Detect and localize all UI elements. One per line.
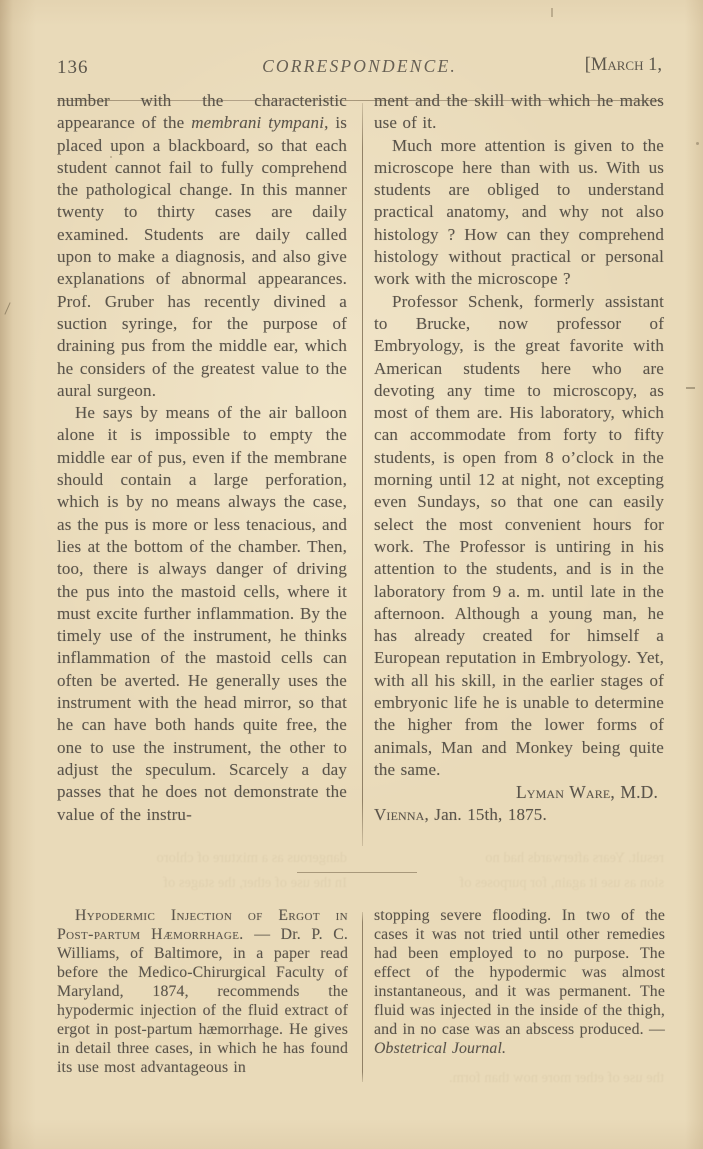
note-column-right: stopping severe flooding. In two of the … (374, 906, 665, 1058)
show-through-line: sion as use it again, for purposes of (374, 871, 664, 896)
scan-mark (551, 8, 553, 17)
letter-signature: Lyman Ware, M.D. (374, 781, 664, 803)
journal-citation-italic: Obstetrical Journal. (374, 1040, 506, 1057)
letter-column-right: ment and the skill with which he makes u… (374, 90, 664, 826)
dateline-date: Jan. 15th, 1875. (429, 805, 547, 824)
latin-term-italic: membrani tympani (191, 113, 324, 132)
letter-column-left: number with the characteristic appearanc… (57, 90, 347, 826)
paragraph: stopping severe flooding. In two of the … (374, 906, 665, 1058)
paragraph: Professor Schenk, formerly assistant to … (374, 291, 664, 782)
page-header: 136 CORRESPONDENCE. [March 1, (57, 55, 662, 81)
show-through-line: dangerous as a mixture of chloro (57, 846, 347, 871)
issue-date-text: March 1, (591, 55, 662, 75)
show-through-line: result. Years afterwards had no (374, 846, 664, 871)
note-column-left: Hypodermic Injection of Ergot in Post-pa… (57, 906, 348, 1077)
show-through-text: the use of ether more now than form. (374, 1068, 664, 1088)
show-through-text: result. Years afterwards had no sion as … (374, 846, 664, 896)
running-title: CORRESPONDENCE. (262, 56, 457, 77)
paragraph-text: , is placed upon a blackboard, so that e… (57, 113, 347, 400)
show-through-text: dangerous as a mixture of chloro In the … (57, 846, 347, 896)
show-through-line: the use of ether more now than form. (374, 1068, 664, 1088)
section-divider-rule (297, 872, 417, 873)
paragraph: He says by means of the air balloon alon… (57, 402, 347, 826)
scan-mark (4, 302, 10, 314)
show-through-line: In the use of ether, the stages of (57, 871, 347, 896)
paragraph: Hypodermic Injection of Ergot in Post-pa… (57, 906, 348, 1077)
journal-page: 136 CORRESPONDENCE. [March 1, number wit… (0, 0, 703, 1149)
page-number: 136 (57, 57, 89, 79)
paragraph: Much more attention is given to the micr… (374, 135, 664, 291)
column-divider-rule (362, 103, 363, 846)
paragraph: ment and the skill with which he makes u… (374, 90, 664, 135)
scan-mark (696, 142, 699, 145)
note-body: Dr. P. C. Williams, of Baltimore, in a p… (57, 926, 348, 1076)
note-dash: — (244, 926, 281, 943)
column-divider-rule-bottom (362, 912, 363, 1082)
citation-dash: — (649, 1021, 665, 1038)
dateline-place: Vienna, (374, 805, 429, 824)
letter-dateline: Vienna, Jan. 15th, 1875. (374, 804, 664, 826)
paragraph: number with the characteristic appearanc… (57, 90, 347, 402)
issue-date: [March 1, (585, 55, 662, 76)
note-body-continued: stopping severe flooding. In two of the … (374, 907, 665, 1038)
scan-mark (686, 387, 695, 389)
